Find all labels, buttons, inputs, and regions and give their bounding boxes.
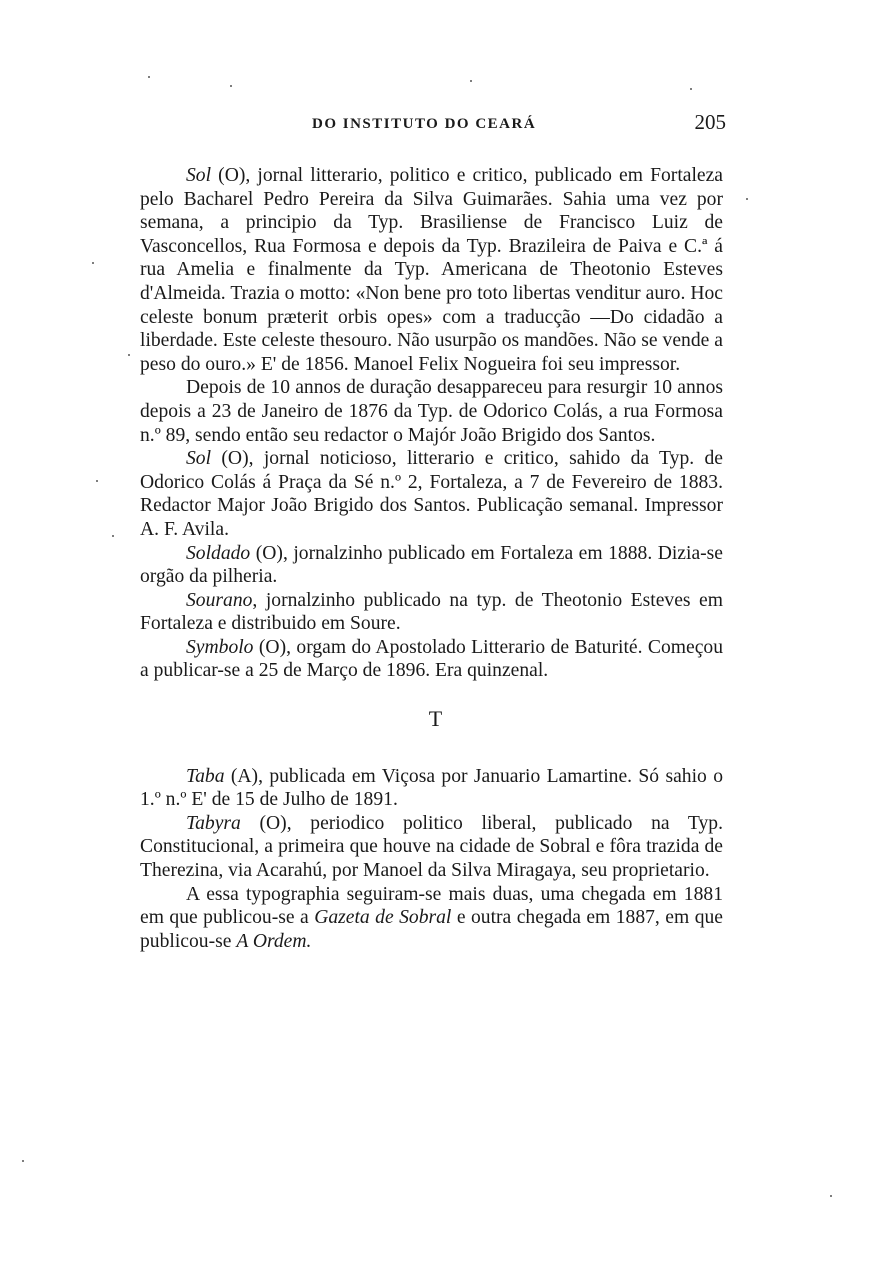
scan-speck (112, 535, 114, 537)
scan-speck (690, 88, 692, 90)
entry-title: Sourano (186, 590, 252, 611)
scan-speck (230, 85, 232, 87)
entry-sol-continuation: Depois de 10 annos de duração desapparec… (140, 376, 723, 447)
page-number: 205 (695, 110, 727, 135)
entry-title: Soldado (186, 543, 250, 564)
entry-text: (O), jornal noticioso, litterario e crit… (140, 448, 723, 540)
newspaper-title: A Ordem. (236, 931, 311, 952)
section-letter-heading: T (140, 707, 723, 731)
entry-text: (O), jornal litterario, politico e criti… (140, 165, 723, 375)
scan-speck (148, 76, 150, 78)
entry-tabyra: Tabyra (O), periodico politico liberal, … (140, 812, 723, 883)
entry-tabyra-continuation: A essa typographia seguiram-se mais duas… (140, 883, 723, 954)
scan-speck (92, 262, 94, 264)
entry-title: Taba (186, 766, 225, 787)
entry-sol-1: Sol (O), jornal litterario, politico e c… (140, 164, 723, 376)
page-header: DO INSTITUTO DO CEARÁ 205 (140, 114, 726, 138)
scan-speck (96, 480, 98, 482)
newspaper-title: Gazeta de Sobral (314, 907, 451, 928)
scan-speck (470, 80, 472, 82)
entry-text: (A), publicada em Viçosa por Januario La… (140, 766, 723, 811)
entry-text: Depois de 10 annos de duração desapparec… (140, 377, 723, 445)
entry-taba: Taba (A), publicada em Viçosa por Januar… (140, 765, 723, 812)
scan-speck (830, 1195, 832, 1197)
entry-sourano: Sourano, jornalzinho publicado na typ. d… (140, 589, 723, 636)
entry-sol-2: Sol (O), jornal noticioso, litterario e … (140, 447, 723, 541)
scan-speck (746, 198, 748, 200)
entry-title: Sol (186, 448, 211, 469)
running-title: DO INSTITUTO DO CEARÁ (312, 116, 536, 133)
entry-symbolo: Symbolo (O), orgam do Apostolado Littera… (140, 636, 723, 683)
entry-title: Sol (186, 165, 211, 186)
scan-speck (22, 1160, 24, 1162)
scan-speck (128, 354, 130, 356)
entry-title: Symbolo (186, 637, 253, 658)
entry-title: Tabyra (186, 813, 241, 834)
entry-soldado: Soldado (O), jornalzinho publicado em Fo… (140, 542, 723, 589)
page-body: Sol (O), jornal litterario, politico e c… (140, 164, 723, 953)
